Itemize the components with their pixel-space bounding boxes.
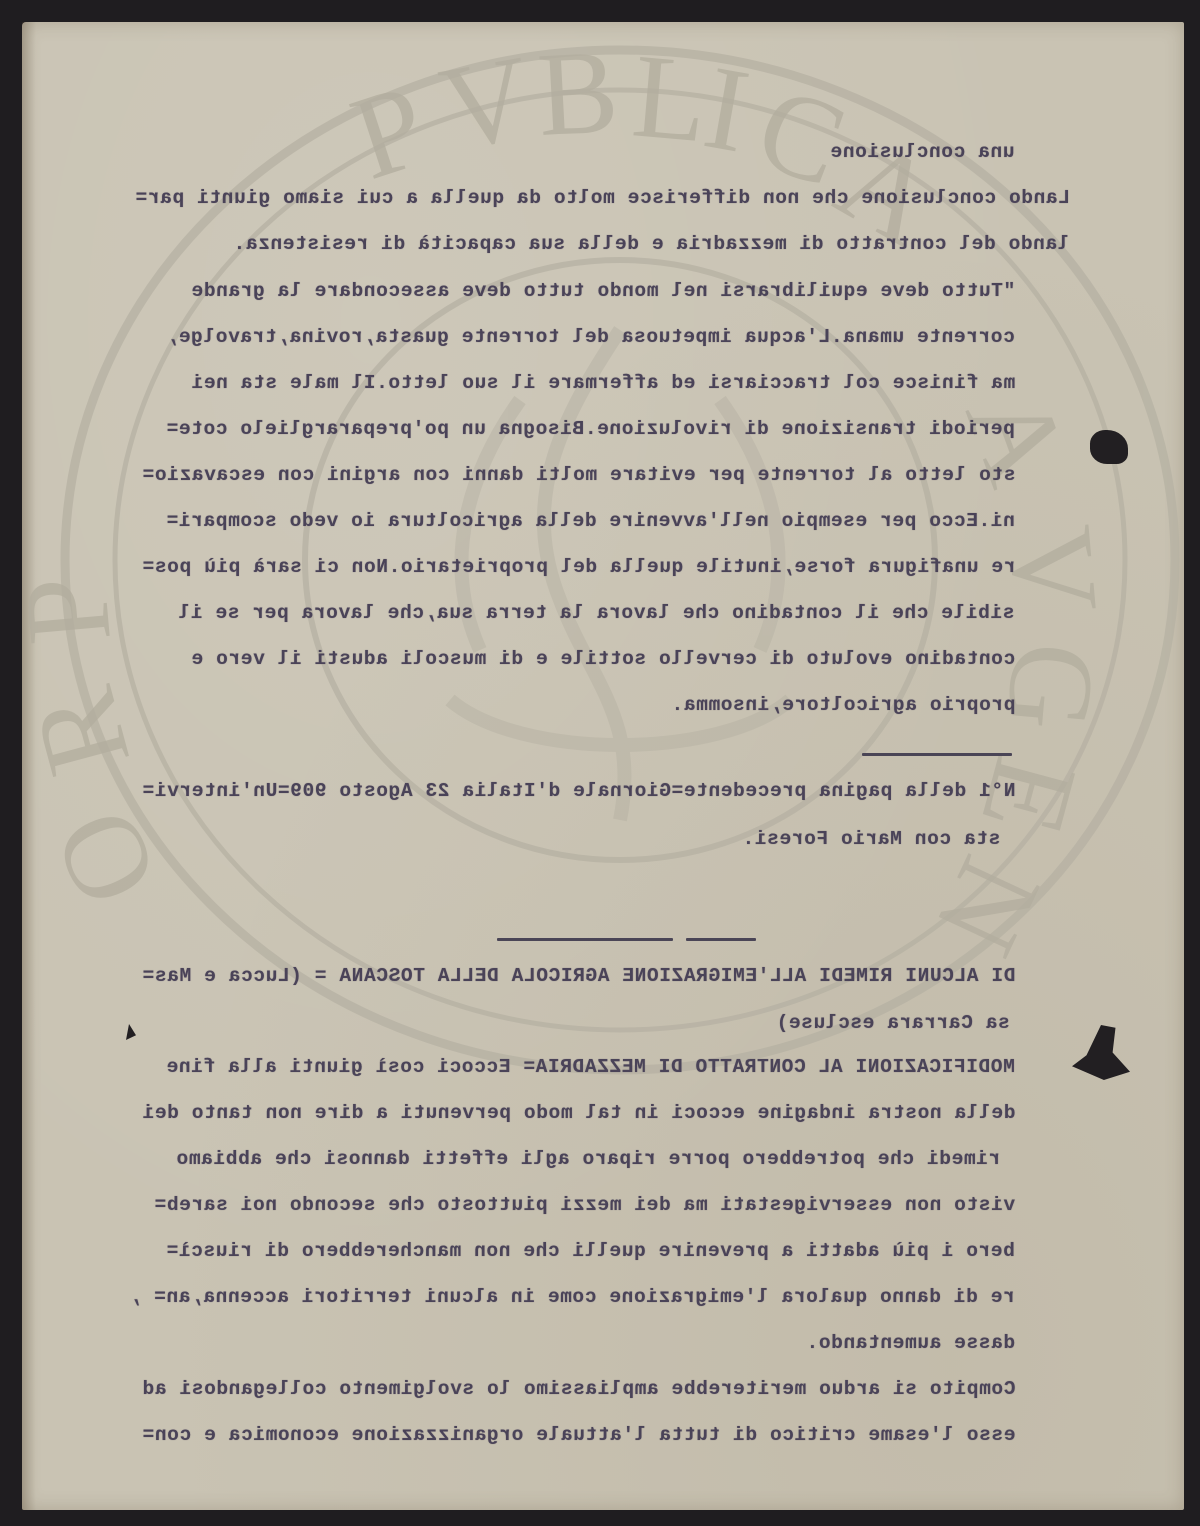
text-line: ni.Ecco per esempio nell'avvenire della …	[166, 510, 1015, 532]
footnote-line: N°1 della pagina precedente=Giornale d'I…	[142, 780, 1015, 802]
text-line: ma finisce col tracciarsi ed affermare i…	[191, 372, 1015, 394]
text-line: re di danno qualora l'emigrazione come i…	[129, 1286, 1015, 1308]
text-line: esso l'esame critico di tutta l'attuale …	[142, 1424, 1015, 1446]
section-divider-short	[686, 938, 756, 941]
text-line: Lando conclusione che non differisce mol…	[135, 187, 1070, 209]
text-line: "Tutto deve equilibrarsi nel mondo tutto…	[191, 280, 1015, 302]
text-line: bero i più adatti a prevenire quelli che…	[166, 1240, 1015, 1262]
text-line: contadino evoluto di cervello sottile e …	[191, 648, 1015, 670]
text-line: MODIFICAZIONI AL CONTRATTO DI MEZZADRIA=…	[166, 1056, 1015, 1078]
footnote-divider	[862, 753, 1012, 756]
text-line: della nostra indagine eccoci in tal modo…	[142, 1102, 1015, 1124]
paper-edge-shadow	[22, 22, 36, 1510]
footnote-line: sta con Mario Foresi.	[742, 828, 1000, 850]
section-title-line: sa Carrara escluse)	[776, 1012, 1010, 1034]
text-line: periodi transizione di rivoluzione.Bisog…	[166, 418, 1015, 440]
text-line: visto non esservigestati ma dei mezzi pi…	[154, 1194, 1015, 1216]
text-line: una conclusione	[830, 141, 1015, 163]
text-line: rimedi che potrebbero porre riparo agli …	[176, 1148, 1000, 1170]
text-line: re unafigura forse,inutile quella del pr…	[142, 556, 1015, 578]
text-line: Compito si arduo meriterebbe ampliassimo…	[142, 1378, 1015, 1400]
text-line: sibile che il contadino che lavora la te…	[178, 602, 1015, 624]
text-line: sto letto al torrente per evitare molti …	[142, 464, 1015, 486]
section-divider-long	[497, 938, 673, 941]
section-title-line: DI ALCUNI RIMEDI ALL'EMIGRAZIONE AGRICOL…	[142, 965, 1015, 987]
text-line: proprio agricoltore,insomma.	[671, 694, 1015, 716]
punch-hole-top	[1090, 430, 1128, 464]
text-line: dasse aumentando.	[806, 1332, 1015, 1354]
text-line: lando del contratto di mezzadria e della…	[233, 233, 1070, 255]
text-line: corrente umana.L'acqua impetuosa del tor…	[166, 326, 1015, 348]
